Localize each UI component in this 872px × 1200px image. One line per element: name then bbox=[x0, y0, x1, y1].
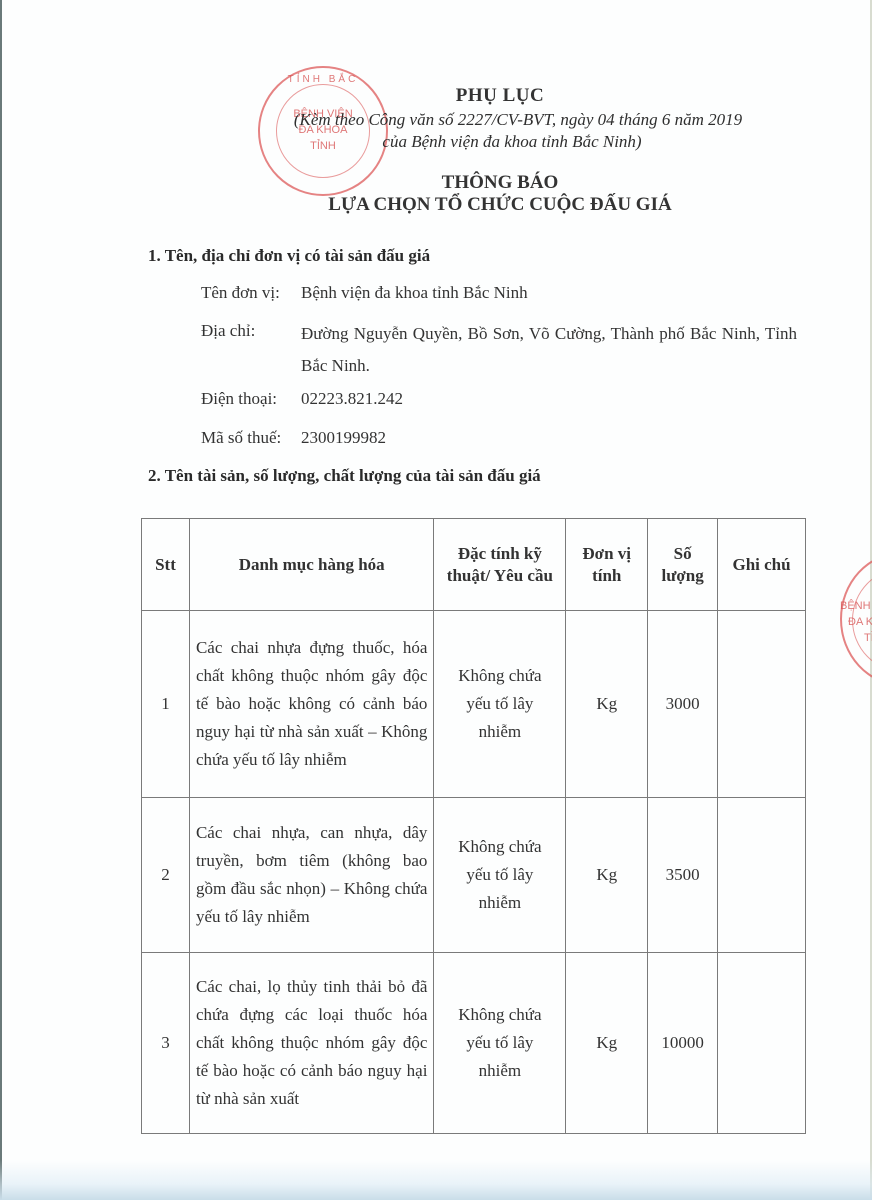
cell-stt: 2 bbox=[142, 798, 190, 953]
header-quantity: Số lượng bbox=[648, 519, 718, 611]
info-row-unit-name: Tên đơn vị:Bệnh viện đa khoa tỉnh Bắc Ni… bbox=[201, 283, 528, 303]
cell-item: Các chai, lọ thủy tinh thải bỏ đã chứa đ… bbox=[189, 953, 434, 1134]
info-row-phone: Điện thoại:02223.821.242 bbox=[201, 389, 403, 409]
scan-edge-left bbox=[0, 0, 2, 1200]
cell-stt: 1 bbox=[142, 611, 190, 798]
tax-code-label: Mã số thuế: bbox=[201, 428, 301, 448]
cell-item: Các chai nhựa, can nhựa, dây truyền, bơm… bbox=[189, 798, 434, 953]
notice-subtitle: LỰA CHỌN TỔ CHỨC CUỘC ĐẤU GIÁ bbox=[200, 194, 800, 216]
cell-spec: Không chứa yếu tố lây nhiễm bbox=[434, 953, 566, 1134]
header-unit: Đơn vị tính bbox=[566, 519, 648, 611]
assets-table: Stt Danh mục hàng hóa Đặc tính kỹ thuật/… bbox=[141, 518, 806, 1134]
appendix-header: PHỤ LỤC (Kèm theo Công văn số 2227/CV-BV… bbox=[200, 84, 800, 153]
cell-note bbox=[718, 611, 806, 798]
table-header-row: Stt Danh mục hàng hóa Đặc tính kỹ thuật/… bbox=[142, 519, 806, 611]
scan-shadow bbox=[0, 1160, 872, 1200]
reference-line-1: (Kèm theo Công văn số 2227/CV-BVT, ngày … bbox=[200, 109, 800, 131]
table-row: 1 Các chai nhựa đựng thuốc, hóa chất khô… bbox=[142, 611, 806, 798]
notice-header: THÔNG BÁO LỰA CHỌN TỔ CHỨC CUỘC ĐẤU GIÁ bbox=[200, 172, 800, 216]
table-row: 3 Các chai, lọ thủy tinh thải bỏ đã chứa… bbox=[142, 953, 806, 1134]
cell-note bbox=[718, 953, 806, 1134]
phone-value: 02223.821.242 bbox=[301, 389, 403, 409]
info-row-address-label: Địa chỉ: bbox=[201, 321, 301, 341]
unit-name-label: Tên đơn vị: bbox=[201, 283, 301, 303]
cell-item: Các chai nhựa đựng thuốc, hóa chất không… bbox=[189, 611, 434, 798]
appendix-title: PHỤ LỤC bbox=[200, 84, 800, 108]
cell-note bbox=[718, 798, 806, 953]
official-seal-partial: BỆNH VIỆN ĐA KHOA TỈNH bbox=[840, 552, 872, 686]
section-1-heading: 1. Tên, địa chỉ đơn vị có tài sản đấu gi… bbox=[148, 246, 430, 266]
header-spec: Đặc tính kỹ thuật/ Yêu cầu bbox=[434, 519, 566, 611]
info-row-tax-code: Mã số thuế:2300199982 bbox=[201, 428, 386, 448]
phone-label: Điện thoại: bbox=[201, 389, 301, 409]
cell-quantity: 3000 bbox=[648, 611, 718, 798]
cell-spec: Không chứa yếu tố lây nhiễm bbox=[434, 611, 566, 798]
cell-quantity: 10000 bbox=[648, 953, 718, 1134]
section-2-heading: 2. Tên tài sản, số lượng, chất lượng của… bbox=[148, 466, 541, 486]
cell-stt: 3 bbox=[142, 953, 190, 1134]
notice-title: THÔNG BÁO bbox=[200, 172, 800, 194]
seal-partial-line-2: ĐA KHOA bbox=[848, 616, 872, 628]
tax-code-value: 2300199982 bbox=[301, 428, 386, 448]
header-stt: Stt bbox=[142, 519, 190, 611]
header-note: Ghi chú bbox=[718, 519, 806, 611]
table-row: 2 Các chai nhựa, can nhựa, dây truyền, b… bbox=[142, 798, 806, 953]
reference-line-2: của Bệnh viện đa khoa tỉnh Bắc Ninh) bbox=[200, 131, 800, 153]
address-value: Đường Nguyễn Quyền, Bồ Sơn, Võ Cường, Th… bbox=[301, 318, 797, 382]
cell-quantity: 3500 bbox=[648, 798, 718, 953]
header-item: Danh mục hàng hóa bbox=[189, 519, 434, 611]
cell-unit: Kg bbox=[566, 953, 648, 1134]
seal-partial-line-1: BỆNH VIỆN bbox=[840, 600, 872, 612]
cell-unit: Kg bbox=[566, 611, 648, 798]
address-label: Địa chỉ: bbox=[201, 321, 301, 341]
seal-partial-line-3: TỈNH bbox=[864, 632, 872, 644]
cell-spec: Không chứa yếu tố lây nhiễm bbox=[434, 798, 566, 953]
cell-unit: Kg bbox=[566, 798, 648, 953]
unit-name-value: Bệnh viện đa khoa tỉnh Bắc Ninh bbox=[301, 283, 528, 303]
